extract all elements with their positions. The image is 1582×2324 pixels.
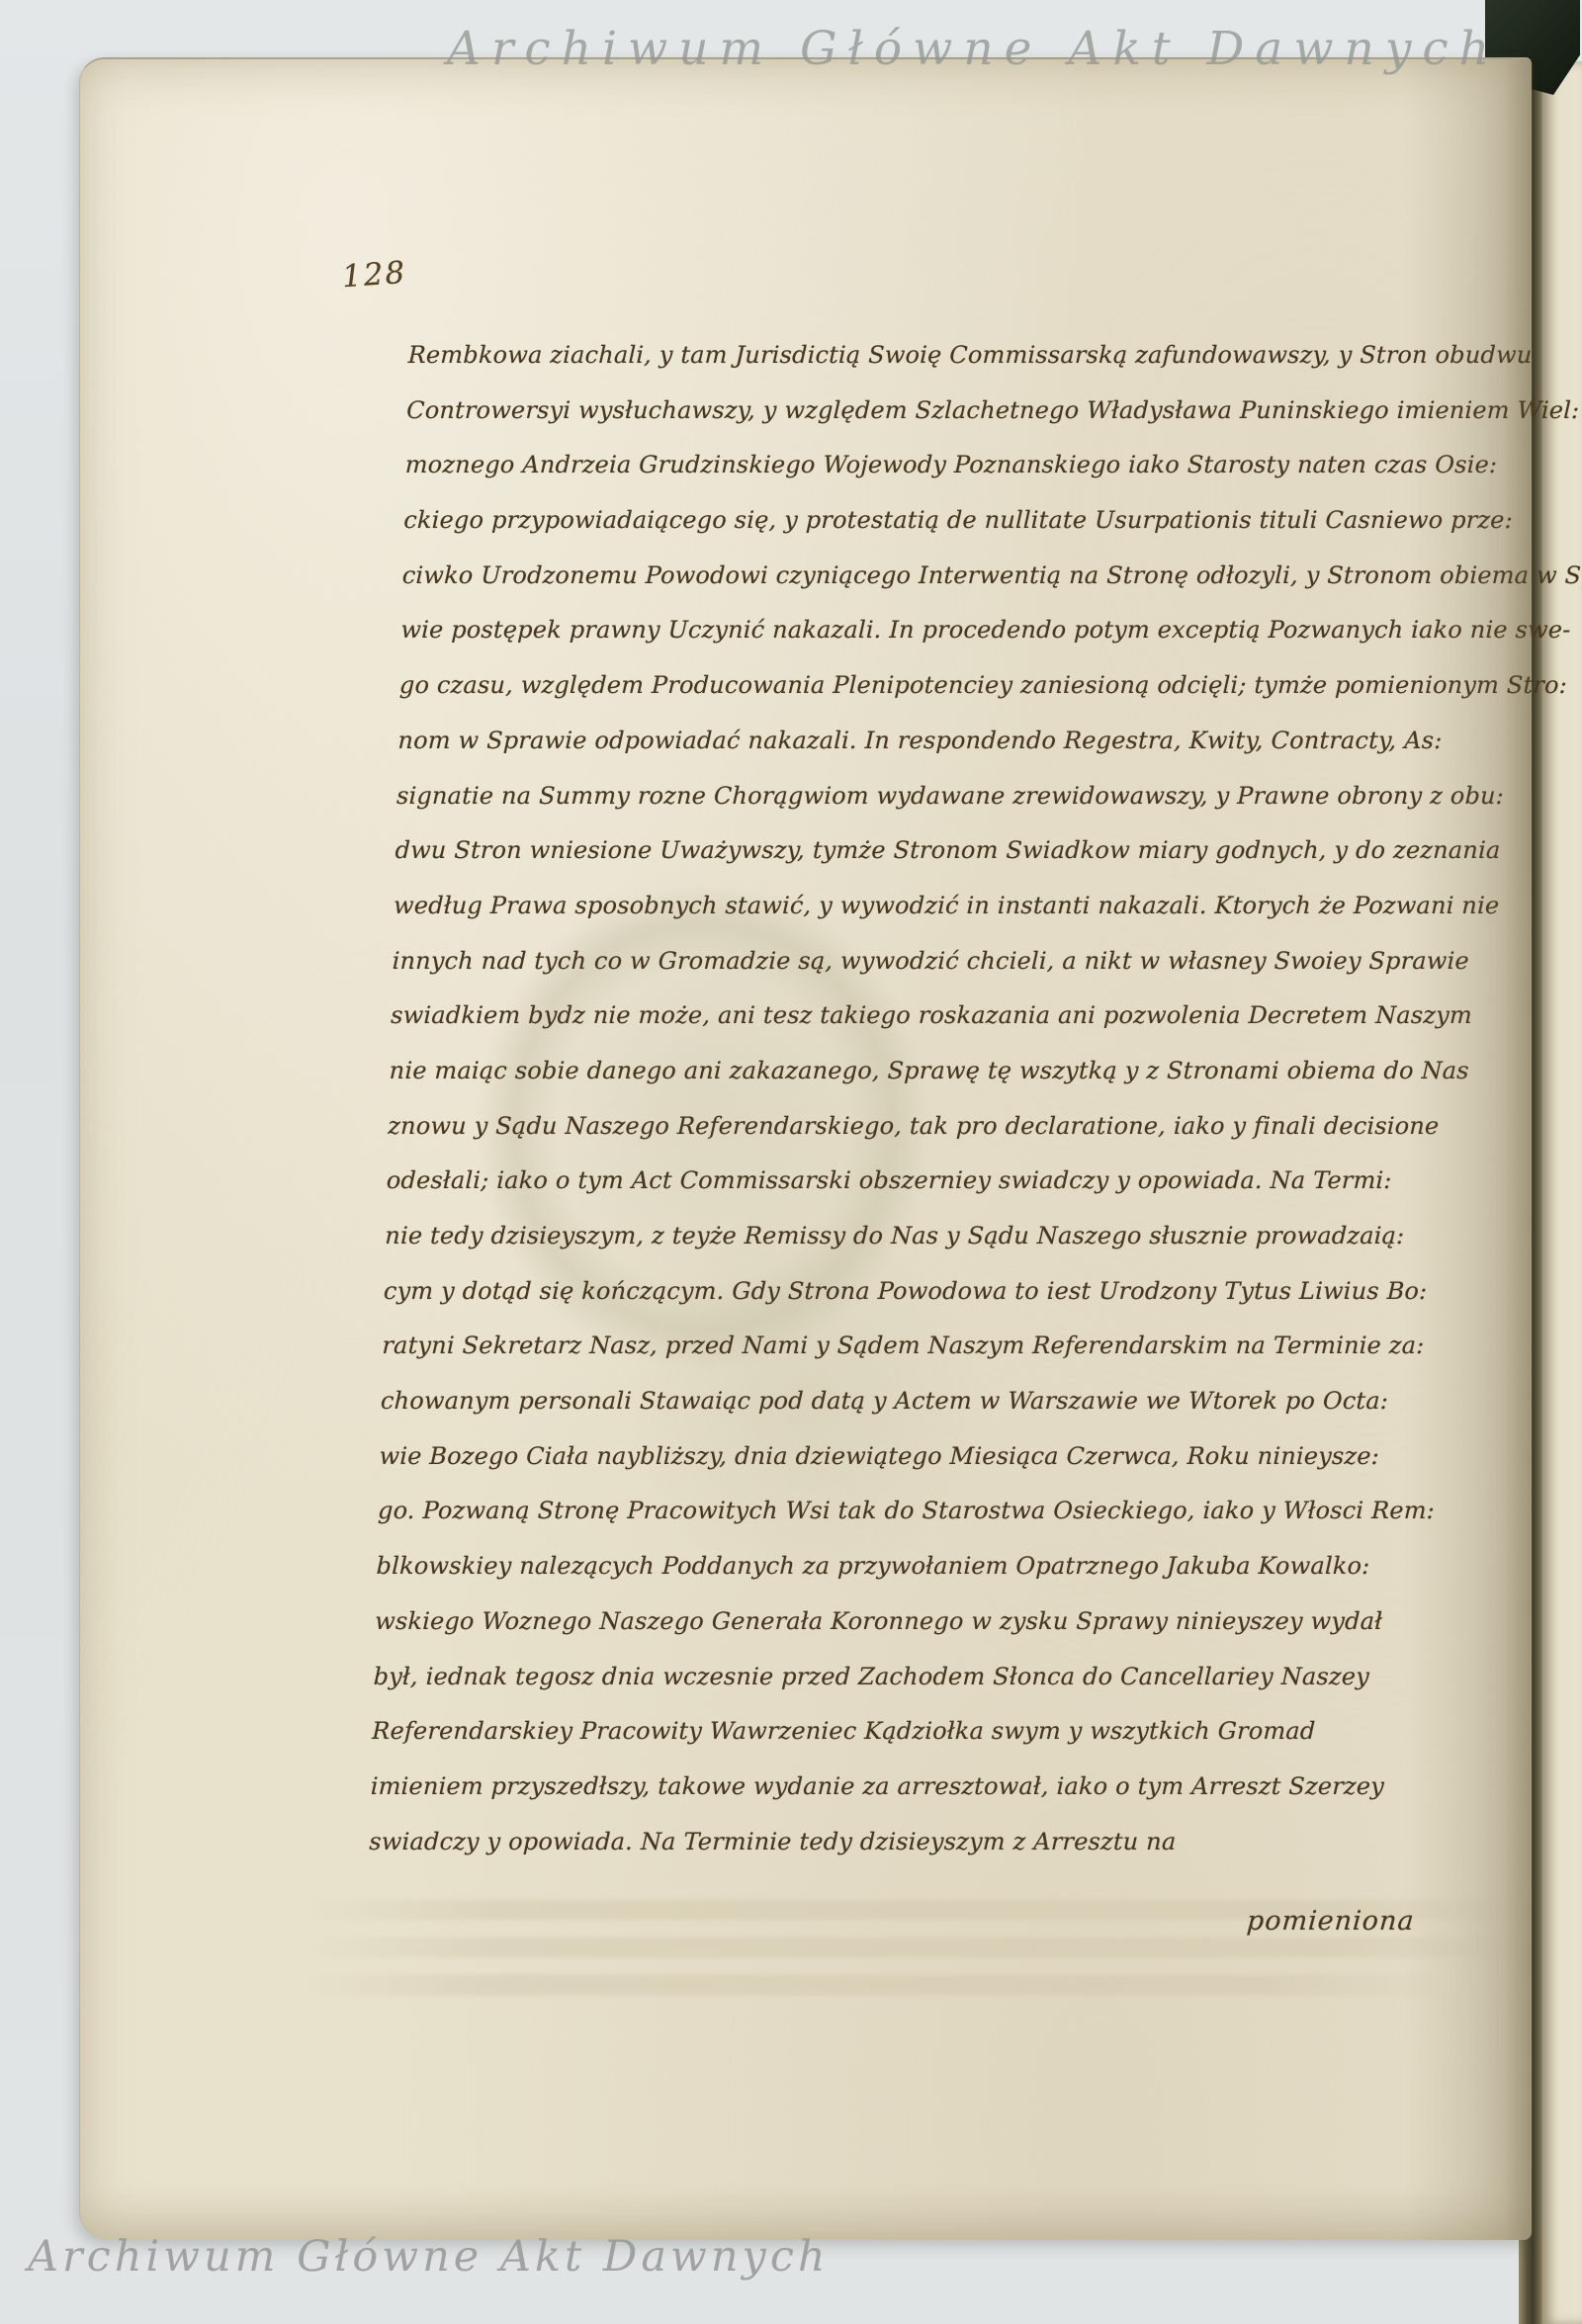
manuscript-line: ratyni Sekretarz Nasz, przed Nami y Sąde…: [382, 1319, 1460, 1374]
page-number: 128: [341, 255, 408, 295]
manuscript-page: 128 Rembkowa ziachali, y tam Jurisdictią…: [79, 57, 1532, 2240]
manuscript-line: ckiego przypowiadaiącego się, y protesta…: [403, 493, 1482, 549]
manuscript-line: innych nad tych co w Gromadzie są, wywod…: [392, 934, 1470, 990]
manuscript-line: dwu Stron wniesione Uważywszy, tymże Str…: [395, 823, 1473, 879]
manuscript-line: nie tedy dzisieyszym, z teyże Remissy do…: [385, 1209, 1463, 1264]
manuscript-line: Controwersyi wysłuchawszy, y względem Sz…: [405, 384, 1484, 439]
manuscript-line: swiadkiem bydz nie może, ani tesz takieg…: [390, 989, 1468, 1044]
manuscript-line: wskiego Woznego Naszego Generała Koronne…: [374, 1594, 1452, 1650]
manuscript-line: był, iednak tegosz dnia wczesnie przed Z…: [373, 1650, 1451, 1705]
manuscript-line: go czasu, względem Producowania Plenipot…: [398, 658, 1477, 714]
manuscript-line: signatie na Summy rozne Chorągwiom wydaw…: [395, 769, 1474, 824]
manuscript-line: wie Bozego Ciała naybliższy, dnia dziewi…: [379, 1429, 1457, 1485]
pressthrough-band: [308, 1975, 1445, 1995]
catchword: pomieniona: [1246, 1906, 1416, 1937]
manuscript-line: imieniem przyszedłszy, takowe wydanie za…: [370, 1760, 1449, 1815]
manuscript-line: chowanym personali Stawaiąc pod datą y A…: [380, 1374, 1458, 1429]
scanner-bed: 128 Rembkowa ziachali, y tam Jurisdictią…: [0, 0, 1582, 2324]
manuscript-line: wie postępek prawny Uczynić nakazali. In…: [400, 603, 1479, 658]
manuscript-line: odesłali; iako o tym Act Commissarski ob…: [386, 1154, 1464, 1209]
manuscript-line: Referendarskiey Pracowity Wawrzeniec Kąd…: [372, 1704, 1450, 1760]
pressthrough-band: [308, 1937, 1524, 1957]
manuscript-line: znowu y Sądu Naszego Referendarskiego, t…: [388, 1099, 1466, 1155]
manuscript-line: swiadczy y opowiada. Na Terminie tedy dz…: [369, 1815, 1448, 1870]
manuscript-line: cym y dotąd się kończącym. Gdy Strona Po…: [383, 1264, 1461, 1320]
manuscript-line: go. Pozwaną Stronę Pracowitych Wsi tak d…: [377, 1484, 1455, 1539]
manuscript-line: blkowskiey nalezących Poddanych za przyw…: [376, 1539, 1454, 1594]
manuscript-line: nom w Sprawie odpowiadać nakazali. In re…: [397, 714, 1476, 769]
manuscript-text: Rembkowa ziachali, y tam Jurisdictią Swo…: [369, 328, 1487, 1869]
manuscript-line: moznego Andrzeia Grudzinskiego Wojewody …: [404, 438, 1483, 493]
manuscript-line: według Prawa sposobnych stawić, y wywodz…: [393, 879, 1471, 934]
manuscript-line: ciwko Urodzonemu Powodowi czyniącego Int…: [401, 549, 1480, 604]
manuscript-line: Rembkowa ziachali, y tam Jurisdictią Swo…: [407, 328, 1486, 384]
manuscript-line: nie maiąc sobie danego ani zakazanego, S…: [389, 1044, 1467, 1099]
